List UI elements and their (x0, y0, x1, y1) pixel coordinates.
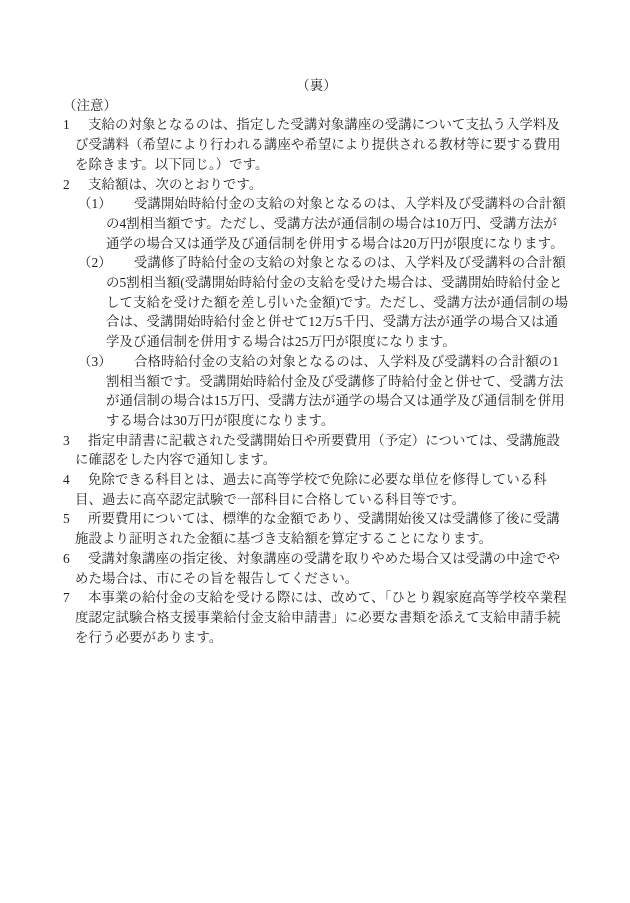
note-text: 指定申請書に記載された受講開始日や所要費用（予定）については、受講施設に確認をし… (75, 433, 560, 468)
note-number: 3 (63, 431, 88, 451)
note-text: 支給額は、次のとおりです。 (88, 177, 262, 192)
document-page: （裏） （注意） 1支給の対象となるのは、指定した受講対象講座の受講について支払… (0, 0, 630, 903)
note-text: 所要費用については、標準的な金額であり、受講開始後又は受講修了後に受講施設より証… (75, 511, 560, 546)
subnote-text: 受講開始時給付金の支給の対象となるのは、入学料及び受講料の合計額の4割相当額です… (106, 196, 566, 250)
note-number: 1 (63, 115, 88, 135)
subnote-text: 受講修了時給付金の支給の対象となるのは、入学料及び受講料の合計額の5割相当額(受… (106, 255, 568, 349)
note-text: 本事業の給付金の支給を受ける際には、改めて、「ひとり親家庭高等学校卒業程度認定試… (75, 590, 567, 644)
note-number: 6 (63, 549, 88, 569)
subnote-item-2-1: （1）受講開始時給付金の支給の対象となるのは、入学料及び受講料の合計額の4割相当… (78, 194, 570, 253)
page-side-label: （裏） (63, 76, 570, 96)
notice-heading: （注意） (63, 96, 570, 116)
note-number: 7 (63, 588, 88, 608)
subnote-item-2-3: （3）合格時給付金の支給の対象となるのは、入学料及び受講料の合計額の1割相当額で… (78, 352, 570, 431)
note-item-5: 5所要費用については、標準的な金額であり、受講開始後又は受講修了後に受講施設より… (63, 509, 570, 548)
note-item-2: 2支給額は、次のとおりです。 (63, 175, 570, 195)
note-number: 2 (63, 175, 88, 195)
note-item-1: 1支給の対象となるのは、指定した受講対象講座の受講について支払う入学料及び受講料… (63, 115, 570, 174)
subnote-number: （1） (78, 194, 134, 214)
note-text: 受講対象講座の指定後、対象講座の受講を取りやめた場合又は受講の中途でやめた場合は… (75, 551, 560, 586)
note-item-4: 4免除できる科目とは、過去に高等学校で免除に必要な単位を修得している科目、過去に… (63, 470, 570, 509)
subnote-number: （2） (78, 253, 134, 273)
note-text: 支給の対象となるのは、指定した受講対象講座の受講について支払う入学料及び受講料（… (75, 117, 561, 171)
note-text: 免除できる科目とは、過去に高等学校で免除に必要な単位を修得している科目、過去に高… (75, 472, 547, 507)
subnote-text: 合格時給付金の支給の対象となるのは、入学料及び受講料の合計額の1割相当額です。受… (106, 354, 565, 428)
note-number: 5 (63, 509, 88, 529)
note-number: 4 (63, 470, 88, 490)
subnote-item-2-2: （2）受講修了時給付金の支給の対象となるのは、入学料及び受講料の合計額の5割相当… (78, 253, 570, 352)
subnote-number: （3） (78, 352, 134, 372)
note-item-6: 6受講対象講座の指定後、対象講座の受講を取りやめた場合又は受講の中途でやめた場合… (63, 549, 570, 588)
note-item-7: 7本事業の給付金の支給を受ける際には、改めて、「ひとり親家庭高等学校卒業程度認定… (63, 588, 570, 647)
note-item-3: 3指定申請書に記載された受講開始日や所要費用（予定）については、受講施設に確認を… (63, 431, 570, 470)
